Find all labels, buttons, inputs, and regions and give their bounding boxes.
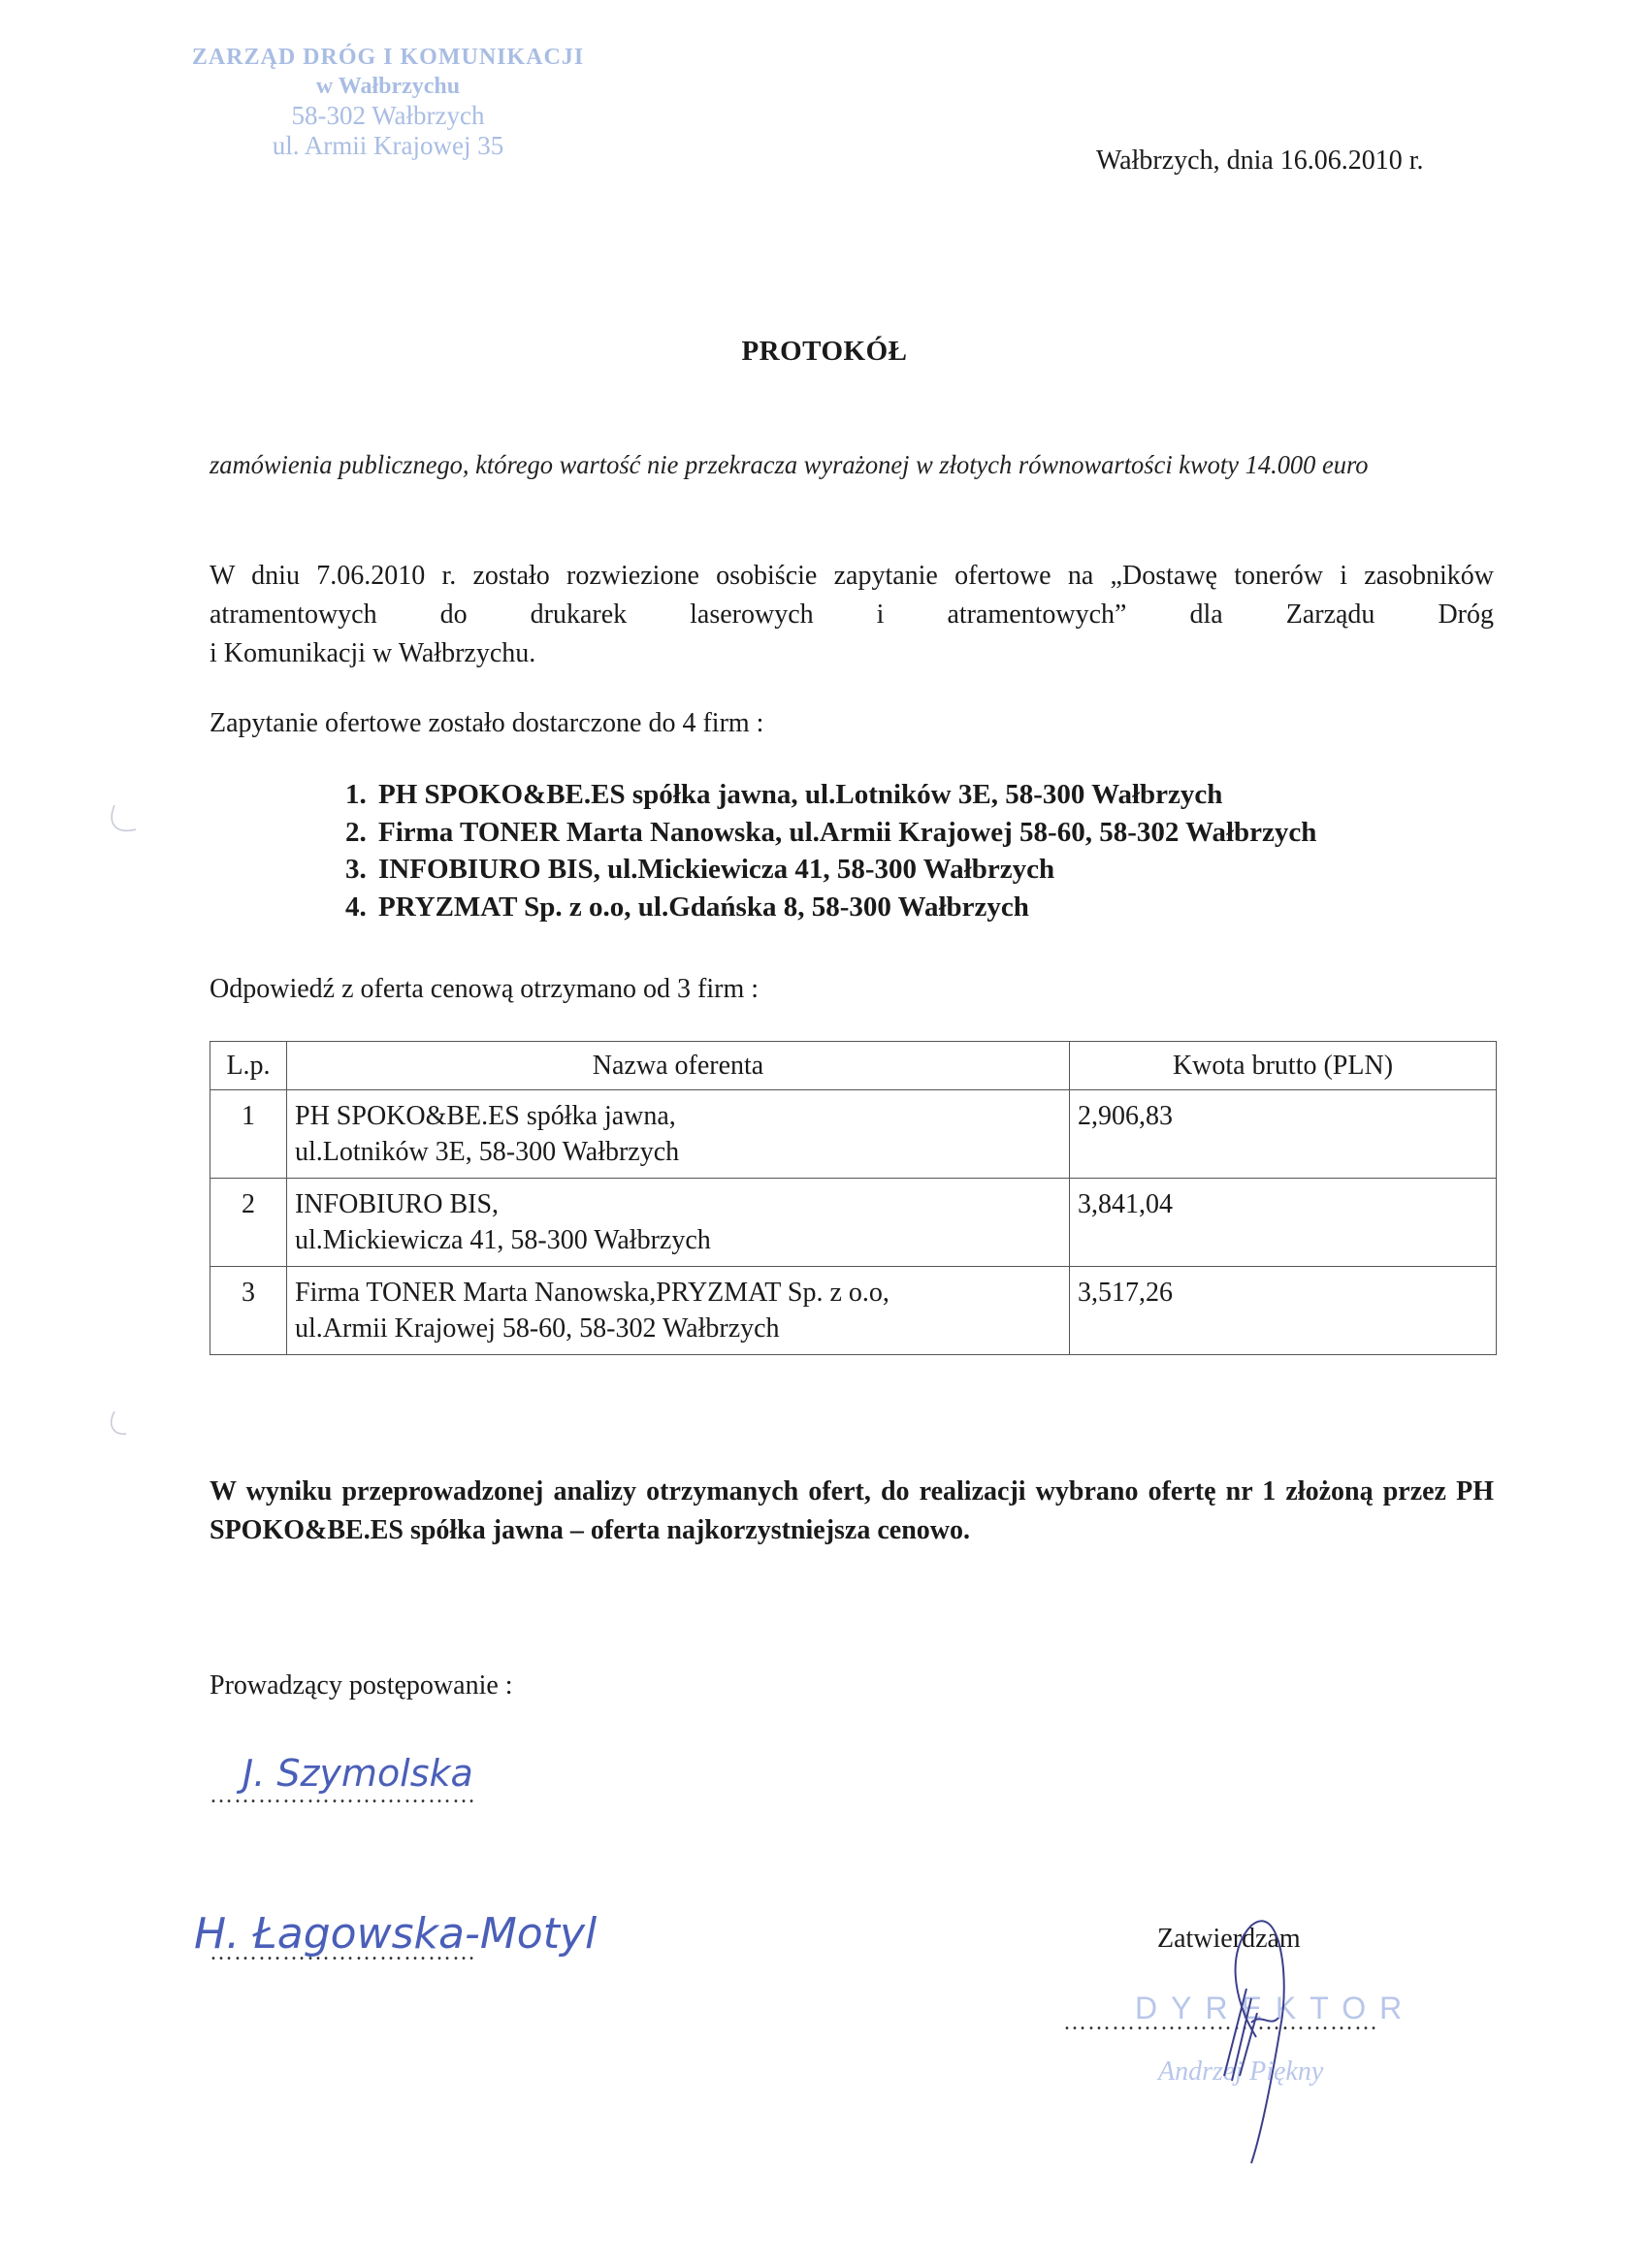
cell-amount: 3,517,26: [1070, 1267, 1497, 1355]
lead-label: Prowadzący postępowanie :: [210, 1670, 513, 1701]
cell-amount: 2,906,83: [1070, 1090, 1497, 1179]
firm-text: INFOBIURO BIS, ul.Mickiewicza 41, 58-300…: [378, 851, 1054, 889]
responses-label: Odpowiedź z oferta cenową otrzymano od 3…: [210, 974, 759, 1005]
paragraph-inquiry: W dniu 7.06.2010 r. zostało rozwiezione …: [210, 557, 1494, 673]
approve-label: Zatwierdzam: [1157, 1924, 1301, 1955]
director-stamp-name: Andrzej Piękny: [1158, 2057, 1323, 2088]
header-lp: L.p.: [210, 1042, 287, 1090]
firm-text: Firma TONER Marta Nanowska, ul.Armii Kra…: [378, 814, 1316, 852]
cell-name: INFOBIURO BIS, ul.Mickiewicza 41, 58-300…: [287, 1179, 1070, 1267]
paragraph-inquiry-line2: i Komunikacji w Wałbrzychu.: [210, 634, 1494, 673]
table-row: 2 INFOBIURO BIS, ul.Mickiewicza 41, 58-3…: [210, 1179, 1497, 1267]
list-item: 1.PH SPOKO&BE.ES spółka jawna, ul.Lotnik…: [345, 776, 1316, 814]
margin-mark-icon: [112, 805, 136, 830]
offerer-address: ul.Armii Krajowej 58-60, 58-302 Wałbrzyc…: [295, 1311, 1061, 1346]
cell-lp: 2: [210, 1179, 287, 1267]
paragraph-inquiry-line1: W dniu 7.06.2010 r. zostało rozwiezione …: [210, 557, 1494, 634]
cell-amount: 3,841,04: [1070, 1179, 1497, 1267]
offerer-name: INFOBIURO BIS,: [295, 1186, 1061, 1222]
offerer-address: ul.Mickiewicza 41, 58-300 Wałbrzych: [295, 1222, 1061, 1258]
list-number: 2.: [345, 814, 378, 852]
table-row: 3 Firma TONER Marta Nanowska,PRYZMAT Sp.…: [210, 1267, 1497, 1355]
cell-lp: 1: [210, 1090, 287, 1179]
stamp-line-2: w Wałbrzychu: [165, 72, 611, 101]
header-amount: Kwota brutto (PLN): [1070, 1042, 1497, 1090]
list-number: 4.: [345, 889, 378, 926]
cell-name: Firma TONER Marta Nanowska,PRYZMAT Sp. z…: [287, 1267, 1070, 1355]
table-header-row: L.p. Nazwa oferenta Kwota brutto (PLN): [210, 1042, 1497, 1090]
list-number: 1.: [345, 776, 378, 814]
header-name: Nazwa oferenta: [287, 1042, 1070, 1090]
place-date: Wałbrzych, dnia 16.06.2010 r.: [1096, 146, 1424, 177]
conclusion-paragraph: W wyniku przeprowadzonej analizy otrzyma…: [210, 1473, 1494, 1550]
sent-to-label: Zapytanie ofertowe zostało dostarczone d…: [210, 708, 763, 739]
list-item: 2.Firma TONER Marta Nanowska, ul.Armii K…: [345, 814, 1316, 852]
office-stamp: ZARZĄD DRÓG I KOMUNIKACJI w Wałbrzychu 5…: [165, 43, 611, 161]
cell-lp: 3: [210, 1267, 287, 1355]
firms-list: 1.PH SPOKO&BE.ES spółka jawna, ul.Lotnik…: [345, 776, 1316, 925]
firm-text: PRYZMAT Sp. z o.o, ul.Gdańska 8, 58-300 …: [378, 889, 1029, 926]
offers-table: L.p. Nazwa oferenta Kwota brutto (PLN) 1…: [210, 1041, 1497, 1355]
handwritten-signature-1: J. Szymolska: [242, 1752, 473, 1795]
stamp-line-4: ul. Armii Krajowej 35: [165, 131, 611, 161]
list-number: 3.: [345, 851, 378, 889]
offerer-name: PH SPOKO&BE.ES spółka jawna,: [295, 1098, 1061, 1134]
intro-subtitle: zamówienia publicznego, którego wartość …: [210, 444, 1465, 485]
list-item: 3.INFOBIURO BIS, ul.Mickiewicza 41, 58-3…: [345, 851, 1316, 889]
director-signature-line: …………………………………: [1063, 2010, 1378, 2036]
margin-mark-icon: [112, 1411, 126, 1434]
document-title: PROTOKÓŁ: [0, 336, 1649, 368]
offerer-name: Firma TONER Marta Nanowska,PRYZMAT Sp. z…: [295, 1275, 1061, 1311]
stamp-line-3: 58-302 Wałbrzych: [165, 101, 611, 131]
cell-name: PH SPOKO&BE.ES spółka jawna, ul.Lotników…: [287, 1090, 1070, 1179]
offerer-address: ul.Lotników 3E, 58-300 Wałbrzych: [295, 1134, 1061, 1170]
table-row: 1 PH SPOKO&BE.ES spółka jawna, ul.Lotnik…: [210, 1090, 1497, 1179]
stamp-line-1: ZARZĄD DRÓG I KOMUNIKACJI: [165, 43, 611, 72]
handwritten-signature-2: H. Łagowska-Motyl: [194, 1909, 597, 1959]
firm-text: PH SPOKO&BE.ES spółka jawna, ul.Lotników…: [378, 776, 1222, 814]
list-item: 4.PRYZMAT Sp. z o.o, ul.Gdańska 8, 58-30…: [345, 889, 1316, 926]
